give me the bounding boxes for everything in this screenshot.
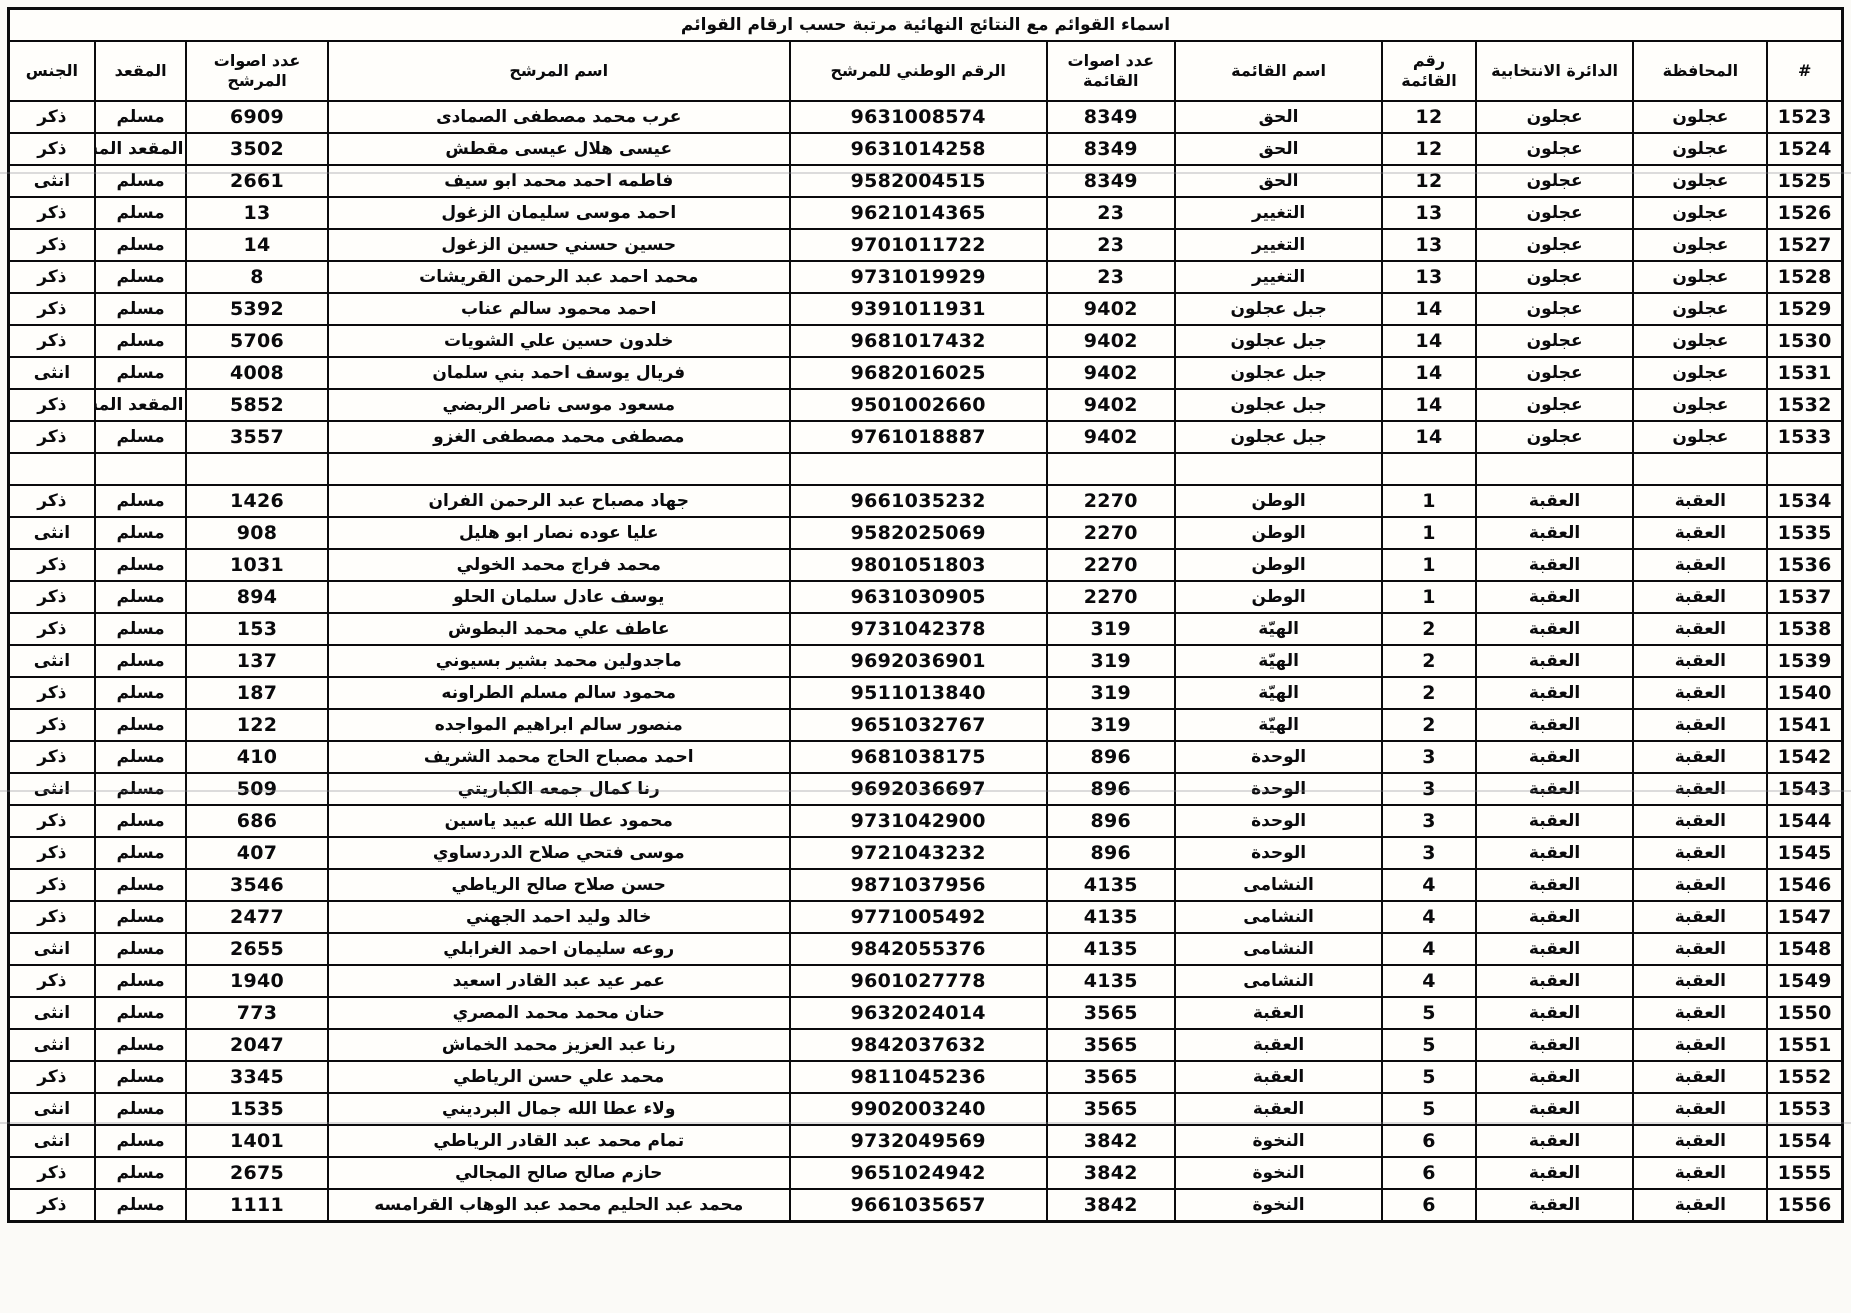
cell-district: العقبة	[1476, 645, 1634, 677]
cell-governorate: العقبة	[1633, 1093, 1767, 1125]
cell-seat: مسلم	[95, 1125, 187, 1157]
cell-list-number	[1382, 453, 1476, 485]
table-row: 1554العقبةالعقبة6النخوة38429732049569تما…	[9, 1125, 1843, 1157]
table-row: 1543العقبةالعقبة3الوحدة8969692036697رنا …	[9, 773, 1843, 805]
cell-list-votes: 896	[1047, 741, 1175, 773]
cell-list-number: 12	[1382, 101, 1476, 133]
cell-list-votes: 3842	[1047, 1189, 1175, 1222]
cell-district: العقبة	[1476, 1029, 1634, 1061]
cell-seat: مسلم	[95, 1061, 187, 1093]
cell-district: عجلون	[1476, 133, 1634, 165]
cell-seat: مسلم	[95, 613, 187, 645]
cell-list-number: 14	[1382, 357, 1476, 389]
table-row: 1549العقبةالعقبة4النشامى41359601027778عم…	[9, 965, 1843, 997]
cell-district: عجلون	[1476, 389, 1634, 421]
table-row: 1533عجلونعجلون14جبل عجلون94029761018887م…	[9, 421, 1843, 453]
cell-seat: مسلم	[95, 773, 187, 805]
cell-governorate: العقبة	[1633, 677, 1767, 709]
table-row: 1542العقبةالعقبة3الوحدة8969681038175احمد…	[9, 741, 1843, 773]
cell-list-votes: 896	[1047, 837, 1175, 869]
cell-candidate-name: عرب محمد مصطفى الصمادى	[328, 101, 790, 133]
cell-gender: انثى	[9, 1029, 95, 1061]
cell-candidate-name: محمد عبد الحليم محمد عبد الوهاب القرامسه	[328, 1189, 790, 1222]
cell-list-name: الهيّة	[1175, 709, 1382, 741]
cell-gender: ذكر	[9, 837, 95, 869]
cell-national-id: 9682016025	[790, 357, 1047, 389]
cell-serial: 1538	[1767, 613, 1842, 645]
cell-seat: مسلم	[95, 197, 187, 229]
cell-list-name: العقبة	[1175, 1061, 1382, 1093]
cell-governorate	[1633, 453, 1767, 485]
cell-candidate-name: تمام محمد عبد القادر الرياطي	[328, 1125, 790, 1157]
cell-national-id: 9771005492	[790, 901, 1047, 933]
table-row: 1528عجلونعجلون13التغيير239731019929محمد …	[9, 261, 1843, 293]
table-row: 1523عجلونعجلون12الحق83499631008574عرب مح…	[9, 101, 1843, 133]
table-row: 1545العقبةالعقبة3الوحدة8969721043232موسى…	[9, 837, 1843, 869]
cell-seat: مسلم	[95, 101, 187, 133]
cell-list-number: 3	[1382, 805, 1476, 837]
table-row: 1547العقبةالعقبة4النشامى41359771005492خا…	[9, 901, 1843, 933]
cell-candidate-name: خالد وليد احمد الجهني	[328, 901, 790, 933]
cell-seat: مسلم	[95, 805, 187, 837]
cell-list-number: 4	[1382, 901, 1476, 933]
cell-governorate: العقبة	[1633, 485, 1767, 517]
cell-list-votes: 3842	[1047, 1125, 1175, 1157]
table-header-row: # المحافظة الدائرة الانتخابية رقم القائم…	[9, 41, 1843, 101]
cell-candidate-name: منصور سالم ابراهيم المواجده	[328, 709, 790, 741]
cell-serial: 1531	[1767, 357, 1842, 389]
cell-candidate-votes: 908	[186, 517, 327, 549]
cell-list-votes: 9402	[1047, 357, 1175, 389]
cell-serial: 1524	[1767, 133, 1842, 165]
table-row: 1532عجلونعجلون14جبل عجلون94029501002660م…	[9, 389, 1843, 421]
cell-list-name: الوحدة	[1175, 773, 1382, 805]
table-row: 1544العقبةالعقبة3الوحدة8969731042900محمو…	[9, 805, 1843, 837]
col-header-seat: المقعد	[95, 41, 187, 101]
col-header-district: الدائرة الانتخابية	[1476, 41, 1634, 101]
cell-governorate: العقبة	[1633, 837, 1767, 869]
cell-national-id: 9721043232	[790, 837, 1047, 869]
cell-candidate-votes: 4008	[186, 357, 327, 389]
cell-gender: انثى	[9, 1093, 95, 1125]
cell-candidate-votes: 410	[186, 741, 327, 773]
cell-district: عجلون	[1476, 261, 1634, 293]
cell-list-number: 4	[1382, 869, 1476, 901]
title-row: اسماء القوائم مع النتائج النهائية مرتبة …	[9, 9, 1843, 42]
cell-national-id: 9501002660	[790, 389, 1047, 421]
table-row: 1552العقبةالعقبة5العقبة35659811045236محم…	[9, 1061, 1843, 1093]
cell-list-number: 2	[1382, 613, 1476, 645]
cell-serial: 1543	[1767, 773, 1842, 805]
cell-list-votes: 2270	[1047, 517, 1175, 549]
cell-serial: 1555	[1767, 1157, 1842, 1189]
cell-seat: مسلم	[95, 421, 187, 453]
col-header-gender: الجنس	[9, 41, 95, 101]
cell-governorate: العقبة	[1633, 1061, 1767, 1093]
cell-seat: مسلم	[95, 1093, 187, 1125]
cell-national-id: 9842037632	[790, 1029, 1047, 1061]
cell-seat: مسلم	[95, 933, 187, 965]
cell-gender: ذكر	[9, 133, 95, 165]
cell-candidate-votes: 686	[186, 805, 327, 837]
cell-list-number: 14	[1382, 421, 1476, 453]
cell-district: العقبة	[1476, 869, 1634, 901]
cell-candidate-name: جهاد مصباح عبد الرحمن الفران	[328, 485, 790, 517]
cell-national-id: 9731019929	[790, 261, 1047, 293]
cell-candidate-name: محمود سالم مسلم الطراونه	[328, 677, 790, 709]
cell-district: عجلون	[1476, 357, 1634, 389]
cell-district: العقبة	[1476, 549, 1634, 581]
cell-district: العقبة	[1476, 581, 1634, 613]
cell-national-id: 9801051803	[790, 549, 1047, 581]
cell-governorate: العقبة	[1633, 709, 1767, 741]
cell-national-id: 9651032767	[790, 709, 1047, 741]
cell-seat: مسلم	[95, 357, 187, 389]
cell-gender: ذكر	[9, 805, 95, 837]
cell-seat: مسلم	[95, 869, 187, 901]
cell-list-votes: 3842	[1047, 1157, 1175, 1189]
cell-candidate-votes: 3345	[186, 1061, 327, 1093]
cell-seat	[95, 453, 187, 485]
cell-candidate-votes: 1401	[186, 1125, 327, 1157]
cell-governorate: العقبة	[1633, 1157, 1767, 1189]
cell-gender: ذكر	[9, 101, 95, 133]
cell-candidate-name: احمد مصباح الحاج محمد الشريف	[328, 741, 790, 773]
table-row: 1548العقبةالعقبة4النشامى41359842055376رو…	[9, 933, 1843, 965]
cell-gender: ذكر	[9, 613, 95, 645]
cell-governorate: عجلون	[1633, 229, 1767, 261]
separator-row	[9, 453, 1843, 485]
cell-list-votes: 2270	[1047, 581, 1175, 613]
cell-candidate-name: محمد علي حسن الرياطي	[328, 1061, 790, 1093]
cell-list-votes: 2270	[1047, 485, 1175, 517]
cell-list-votes: 896	[1047, 773, 1175, 805]
cell-seat: مسلم	[95, 1157, 187, 1189]
table-row: 1556العقبةالعقبة6النخوة38429661035657محم…	[9, 1189, 1843, 1222]
cell-seat: المقعد المس	[95, 389, 187, 421]
cell-gender: ذكر	[9, 325, 95, 357]
cell-candidate-votes: 5392	[186, 293, 327, 325]
cell-national-id: 9601027778	[790, 965, 1047, 997]
table-row: 1530عجلونعجلون14جبل عجلون94029681017432خ…	[9, 325, 1843, 357]
cell-list-name: التغيير	[1175, 229, 1382, 261]
cell-list-name: النشامى	[1175, 933, 1382, 965]
cell-gender: انثى	[9, 933, 95, 965]
cell-governorate: العقبة	[1633, 581, 1767, 613]
cell-serial: 1548	[1767, 933, 1842, 965]
cell-candidate-name: مصطفى محمد مصطفى الغزو	[328, 421, 790, 453]
scanned-document-page: اسماء القوائم مع النتائج النهائية مرتبة …	[0, 0, 1851, 1313]
cell-governorate: العقبة	[1633, 997, 1767, 1029]
cell-gender: ذكر	[9, 1189, 95, 1222]
cell-serial: 1523	[1767, 101, 1842, 133]
cell-list-name: الوطن	[1175, 485, 1382, 517]
cell-candidate-votes: 153	[186, 613, 327, 645]
cell-seat: مسلم	[95, 1029, 187, 1061]
cell-list-name: النخوة	[1175, 1125, 1382, 1157]
cell-seat: مسلم	[95, 229, 187, 261]
cell-serial: 1526	[1767, 197, 1842, 229]
cell-serial: 1528	[1767, 261, 1842, 293]
cell-candidate-name: محمد فراج محمد الخولي	[328, 549, 790, 581]
cell-list-number: 13	[1382, 261, 1476, 293]
cell-gender: ذكر	[9, 229, 95, 261]
col-header-list-name: اسم القائمة	[1175, 41, 1382, 101]
cell-list-name: العقبة	[1175, 1093, 1382, 1125]
cell-candidate-name: عمر عيد عبد القادر اسعيد	[328, 965, 790, 997]
cell-gender: ذكر	[9, 197, 95, 229]
election-results-table: اسماء القوائم مع النتائج النهائية مرتبة …	[7, 7, 1844, 1223]
cell-list-number: 2	[1382, 645, 1476, 677]
cell-governorate: عجلون	[1633, 165, 1767, 197]
cell-national-id: 9391011931	[790, 293, 1047, 325]
cell-list-number: 1	[1382, 485, 1476, 517]
cell-seat: مسلم	[95, 165, 187, 197]
cell-district: العقبة	[1476, 997, 1634, 1029]
cell-governorate: العقبة	[1633, 613, 1767, 645]
cell-gender: انثى	[9, 997, 95, 1029]
table-row: 1551العقبةالعقبة5العقبة35659842037632رنا…	[9, 1029, 1843, 1061]
cell-national-id: 9871037956	[790, 869, 1047, 901]
cell-gender: ذكر	[9, 965, 95, 997]
cell-seat: مسلم	[95, 1189, 187, 1222]
cell-candidate-votes: 773	[186, 997, 327, 1029]
col-header-candidate-name: اسم المرشح	[328, 41, 790, 101]
cell-gender: ذكر	[9, 485, 95, 517]
cell-governorate: العقبة	[1633, 1125, 1767, 1157]
cell-governorate: العقبة	[1633, 549, 1767, 581]
cell-district: عجلون	[1476, 229, 1634, 261]
cell-list-name: النشامى	[1175, 965, 1382, 997]
cell-list-name: التغيير	[1175, 261, 1382, 293]
cell-serial: 1550	[1767, 997, 1842, 1029]
cell-seat: مسلم	[95, 261, 187, 293]
table-row: 1537العقبةالعقبة1الوطن22709631030905يوسف…	[9, 581, 1843, 613]
cell-gender: انثى	[9, 517, 95, 549]
cell-list-name: جبل عجلون	[1175, 293, 1382, 325]
cell-serial: 1554	[1767, 1125, 1842, 1157]
cell-serial: 1527	[1767, 229, 1842, 261]
cell-candidate-votes: 2047	[186, 1029, 327, 1061]
table-row: 1534العقبةالعقبة1الوطن22709661035232جهاد…	[9, 485, 1843, 517]
cell-national-id: 9631030905	[790, 581, 1047, 613]
cell-national-id: 9631008574	[790, 101, 1047, 133]
cell-serial: 1542	[1767, 741, 1842, 773]
cell-list-votes: 9402	[1047, 421, 1175, 453]
cell-candidate-name: خلدون حسين علي الشويات	[328, 325, 790, 357]
cell-candidate-votes: 1031	[186, 549, 327, 581]
cell-list-votes: 3565	[1047, 997, 1175, 1029]
cell-district: العقبة	[1476, 709, 1634, 741]
cell-national-id: 9692036697	[790, 773, 1047, 805]
cell-candidate-name: فاطمه احمد محمد ابو سيف	[328, 165, 790, 197]
table-row: 1535العقبةالعقبة1الوطن22709582025069عليا…	[9, 517, 1843, 549]
cell-gender: ذكر	[9, 869, 95, 901]
cell-governorate: عجلون	[1633, 133, 1767, 165]
cell-district: عجلون	[1476, 101, 1634, 133]
cell-governorate: العقبة	[1633, 1029, 1767, 1061]
cell-candidate-name: حسن صلاح صالح الرياطي	[328, 869, 790, 901]
cell-gender: ذكر	[9, 261, 95, 293]
col-header-list-votes: عدد اصوات القائمة	[1047, 41, 1175, 101]
cell-candidate-name: روعه سليمان احمد الغرابلي	[328, 933, 790, 965]
cell-gender: ذكر	[9, 293, 95, 325]
cell-district: العقبة	[1476, 805, 1634, 837]
cell-district: عجلون	[1476, 197, 1634, 229]
cell-serial: 1525	[1767, 165, 1842, 197]
cell-list-number: 2	[1382, 709, 1476, 741]
cell-national-id: 9761018887	[790, 421, 1047, 453]
cell-candidate-votes: 5852	[186, 389, 327, 421]
cell-list-votes: 8349	[1047, 101, 1175, 133]
cell-list-votes: 896	[1047, 805, 1175, 837]
cell-district: العقبة	[1476, 933, 1634, 965]
cell-list-number: 5	[1382, 1029, 1476, 1061]
cell-governorate: العقبة	[1633, 805, 1767, 837]
cell-list-name: النخوة	[1175, 1189, 1382, 1222]
table-body: 1523عجلونعجلون12الحق83499631008574عرب مح…	[9, 101, 1843, 1222]
cell-candidate-votes: 1535	[186, 1093, 327, 1125]
cell-candidate-votes: 2655	[186, 933, 327, 965]
cell-gender: ذكر	[9, 741, 95, 773]
cell-serial: 1549	[1767, 965, 1842, 997]
cell-governorate: العقبة	[1633, 1189, 1767, 1222]
cell-candidate-votes: 122	[186, 709, 327, 741]
cell-list-name	[1175, 453, 1382, 485]
table-row: 1531عجلونعجلون14جبل عجلون94029682016025ف…	[9, 357, 1843, 389]
cell-seat: مسلم	[95, 901, 187, 933]
cell-national-id: 9631014258	[790, 133, 1047, 165]
cell-district: العقبة	[1476, 1157, 1634, 1189]
cell-national-id: 9731042900	[790, 805, 1047, 837]
cell-list-votes: 8349	[1047, 133, 1175, 165]
cell-candidate-name: يوسف عادل سلمان الحلو	[328, 581, 790, 613]
cell-seat: مسلم	[95, 965, 187, 997]
cell-serial: 1540	[1767, 677, 1842, 709]
cell-list-votes: 3565	[1047, 1029, 1175, 1061]
cell-candidate-name: عيسى هلال عيسى مقطش	[328, 133, 790, 165]
cell-candidate-name: محمد احمد عبد الرحمن القريشات	[328, 261, 790, 293]
table-row: 1529عجلونعجلون14جبل عجلون94029391011931ا…	[9, 293, 1843, 325]
cell-district: العقبة	[1476, 1093, 1634, 1125]
cell-national-id: 9582004515	[790, 165, 1047, 197]
cell-gender: ذكر	[9, 709, 95, 741]
cell-list-number: 12	[1382, 165, 1476, 197]
cell-governorate: العقبة	[1633, 933, 1767, 965]
cell-district: العقبة	[1476, 613, 1634, 645]
cell-candidate-votes: 5706	[186, 325, 327, 357]
cell-list-votes	[1047, 453, 1175, 485]
cell-seat: مسلم	[95, 325, 187, 357]
cell-serial: 1544	[1767, 805, 1842, 837]
table-row: 1555العقبةالعقبة6النخوة38429651024942حاز…	[9, 1157, 1843, 1189]
cell-national-id: 9661035232	[790, 485, 1047, 517]
cell-seat: مسلم	[95, 293, 187, 325]
cell-list-votes: 3565	[1047, 1061, 1175, 1093]
cell-serial: 1553	[1767, 1093, 1842, 1125]
col-header-candidate-votes: عدد اصوات المرشح	[186, 41, 327, 101]
cell-list-number: 6	[1382, 1189, 1476, 1222]
table-row: 1546العقبةالعقبة4النشامى41359871037956حس…	[9, 869, 1843, 901]
cell-gender: انثى	[9, 645, 95, 677]
cell-list-name: الحق	[1175, 133, 1382, 165]
cell-candidate-name: رنا كمال جمعه الكباريتي	[328, 773, 790, 805]
cell-list-name: الوطن	[1175, 517, 1382, 549]
cell-list-number: 5	[1382, 997, 1476, 1029]
cell-serial: 1535	[1767, 517, 1842, 549]
cell-candidate-votes: 6909	[186, 101, 327, 133]
cell-seat: مسلم	[95, 645, 187, 677]
cell-candidate-votes: 1940	[186, 965, 327, 997]
table-row: 1524عجلونعجلون12الحق83499631014258عيسى ه…	[9, 133, 1843, 165]
cell-gender: انثى	[9, 1125, 95, 1157]
cell-list-votes: 319	[1047, 645, 1175, 677]
cell-list-votes: 23	[1047, 229, 1175, 261]
cell-candidate-name: احمد موسى سليمان الزغول	[328, 197, 790, 229]
cell-governorate: العقبة	[1633, 741, 1767, 773]
cell-list-number: 14	[1382, 293, 1476, 325]
cell-list-votes: 23	[1047, 261, 1175, 293]
cell-governorate: عجلون	[1633, 389, 1767, 421]
cell-list-name: جبل عجلون	[1175, 357, 1382, 389]
cell-list-number: 13	[1382, 197, 1476, 229]
table-row: 1553العقبةالعقبة5العقبة35659902003240ولا…	[9, 1093, 1843, 1125]
cell-serial: 1530	[1767, 325, 1842, 357]
cell-national-id: 9651024942	[790, 1157, 1047, 1189]
cell-seat: مسلم	[95, 581, 187, 613]
cell-seat: مسلم	[95, 485, 187, 517]
cell-seat: مسلم	[95, 837, 187, 869]
cell-national-id: 9511013840	[790, 677, 1047, 709]
cell-district: العقبة	[1476, 901, 1634, 933]
cell-governorate: عجلون	[1633, 325, 1767, 357]
cell-list-votes: 9402	[1047, 293, 1175, 325]
cell-serial: 1546	[1767, 869, 1842, 901]
cell-list-name: النخوة	[1175, 1157, 1382, 1189]
cell-list-name: الهيّة	[1175, 645, 1382, 677]
cell-list-name: الحق	[1175, 165, 1382, 197]
cell-candidate-name: موسى فتحي صلاح الدردساوي	[328, 837, 790, 869]
cell-candidate-name: رنا عبد العزيز محمد الخماش	[328, 1029, 790, 1061]
cell-list-name: الوطن	[1175, 581, 1382, 613]
cell-national-id: 9692036901	[790, 645, 1047, 677]
cell-candidate-name: مسعود موسى ناصر الربضي	[328, 389, 790, 421]
cell-serial: 1541	[1767, 709, 1842, 741]
cell-district: عجلون	[1476, 421, 1634, 453]
cell-candidate-votes: 3557	[186, 421, 327, 453]
cell-governorate: العقبة	[1633, 645, 1767, 677]
cell-list-name: جبل عجلون	[1175, 325, 1382, 357]
cell-governorate: عجلون	[1633, 357, 1767, 389]
col-header-national-id: الرقم الوطني للمرشح	[790, 41, 1047, 101]
cell-governorate: عجلون	[1633, 261, 1767, 293]
cell-candidate-votes: 3502	[186, 133, 327, 165]
cell-list-votes: 9402	[1047, 389, 1175, 421]
cell-list-number: 12	[1382, 133, 1476, 165]
cell-national-id: 9811045236	[790, 1061, 1047, 1093]
cell-gender: ذكر	[9, 549, 95, 581]
cell-list-number: 2	[1382, 677, 1476, 709]
cell-candidate-name	[328, 453, 790, 485]
cell-candidate-votes: 14	[186, 229, 327, 261]
cell-district	[1476, 453, 1634, 485]
table-row: 1525عجلونعجلون12الحق83499582004515فاطمه …	[9, 165, 1843, 197]
cell-governorate: العقبة	[1633, 901, 1767, 933]
cell-district: العقبة	[1476, 677, 1634, 709]
cell-candidate-votes: 1111	[186, 1189, 327, 1222]
cell-candidate-name: حازم صالح صالح المجالي	[328, 1157, 790, 1189]
cell-national-id: 9842055376	[790, 933, 1047, 965]
